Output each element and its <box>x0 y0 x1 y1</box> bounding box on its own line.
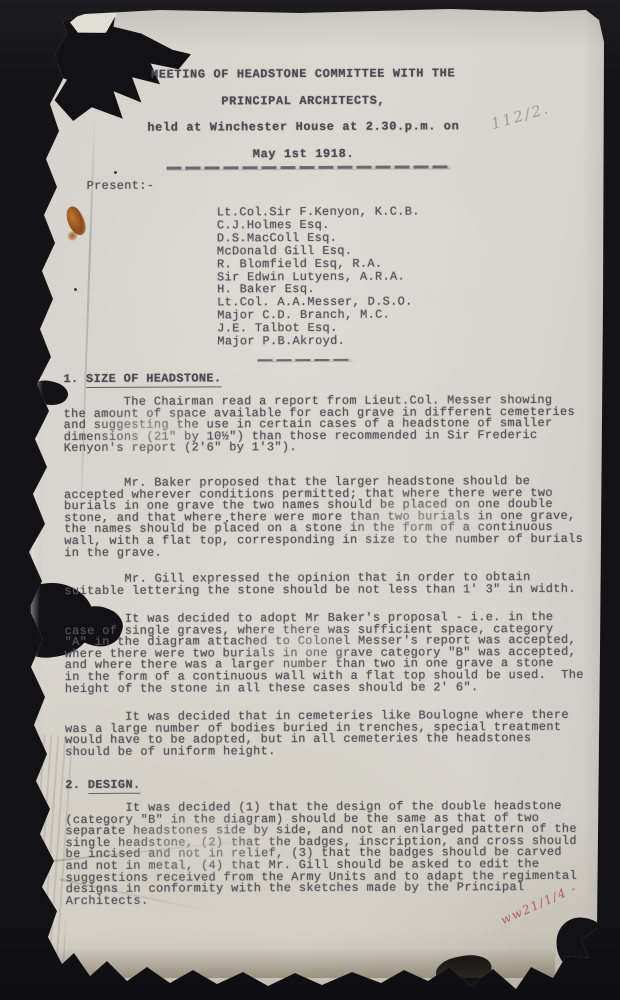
document-page: MEETING OF HEADSTONE COMMITTEE WITH THE … <box>0 0 620 1000</box>
title-line-3: held at Winchester House at 2.30.p.m. on <box>73 119 533 148</box>
section-1-number: 1. <box>63 372 78 386</box>
section-1-heading: 1. SIZE OF HEADSTONE. <box>63 373 221 385</box>
divider-rule-small <box>257 359 352 361</box>
paragraph: Mr. Gill expressed the opinion that in o… <box>64 572 576 597</box>
section-1-title: SIZE OF HEADSTONE. <box>86 371 221 388</box>
section-2-title: DESIGN. <box>88 778 141 794</box>
present-label: Present:- <box>87 181 155 193</box>
title-line-1: MEETING OF HEADSTONE COMMITTEE WITH THE <box>73 66 533 95</box>
section-2-heading: 2. DESIGN. <box>65 780 140 792</box>
paragraph: The Chairman read a report from Lieut.Co… <box>64 395 576 455</box>
attendee-list: Lt.Col.Sir F.Kenyon, K.C.B. C.J.Holmes E… <box>217 206 421 349</box>
paragraph: It was decided to adopt Mr Baker's propo… <box>64 612 583 695</box>
section-2-number: 2. <box>65 778 80 792</box>
scan-background: MEETING OF HEADSTONE COMMITTEE WITH THE … <box>0 0 620 1000</box>
title-line-2: PRINCIPAL ARCHITECTS, <box>73 93 533 122</box>
paragraph: It was decided that in cemeteries like B… <box>65 710 569 759</box>
typewritten-content: MEETING OF HEADSTONE COMMITTEE WITH THE … <box>0 0 620 1000</box>
paragraph: It was decided (1) that the design of th… <box>65 801 577 908</box>
title-line-4: May 1st 1918. <box>73 146 533 175</box>
document-title: MEETING OF HEADSTONE COMMITTEE WITH THE … <box>73 66 533 174</box>
paragraph: Mr. Baker proposed that the larger heads… <box>64 476 583 559</box>
